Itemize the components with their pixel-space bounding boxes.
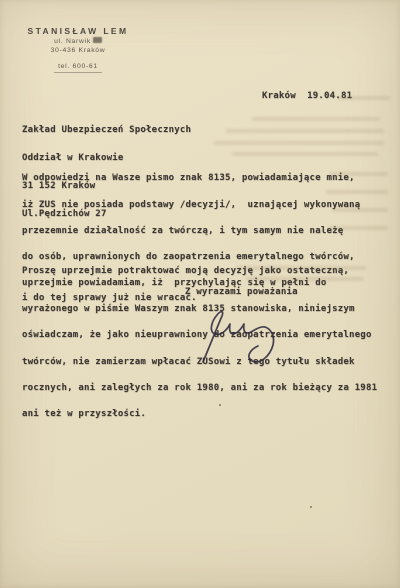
sender-city: 30-436 Kraków: [24, 47, 132, 55]
closing-paragraph: Proszę uprzejmie potraktować moją decyzj…: [22, 249, 349, 321]
sender-name: STANISŁAW LEM: [24, 26, 132, 36]
bleedthrough-smudge: [252, 117, 380, 121]
body-line: rocznych, ani zaległych za rok 1980, ani…: [22, 384, 377, 393]
paper-speck: [310, 506, 312, 508]
bleedthrough-smudge: [246, 277, 364, 281]
body-line: W odpowiedzi na Wasze pismo znak 8135, p…: [22, 174, 377, 183]
bleedthrough-smudge: [328, 226, 388, 230]
bleedthrough-smudge: [332, 208, 388, 212]
bleedthrough-smudge: [236, 266, 366, 270]
letterhead: STANISŁAW LEM ul. Narwik 30-436 Kraków t…: [24, 26, 132, 73]
recipient-line: Zakład Ubezpieczeń Społecznych: [22, 126, 191, 135]
body-line: ani też w przyszłości.: [22, 410, 377, 419]
bleedthrough-smudge: [226, 129, 384, 133]
bleedthrough-smudge: [232, 152, 378, 156]
paper-speck: [219, 404, 221, 406]
sender-phone: tel. 600-61: [54, 63, 102, 73]
bleedthrough-smudge: [326, 190, 388, 194]
body-line: iż ZUS nie posiada podstawy /decyzji/, u…: [22, 201, 377, 210]
bleedthrough-smudge: [214, 141, 384, 145]
letter-page: STANISŁAW LEM ul. Narwik 30-436 Kraków t…: [0, 0, 400, 588]
body-line: przezemnie działalność za twórczą, i tym…: [22, 227, 377, 236]
street-number-smudge: [93, 37, 102, 43]
handwritten-signature: [194, 306, 294, 372]
sender-street: ul. Narwik: [24, 37, 132, 46]
bleedthrough-smudge: [338, 96, 390, 100]
bleedthrough-smudge: [330, 172, 388, 176]
signoff-line: Z wyrazami poważania: [185, 287, 298, 297]
